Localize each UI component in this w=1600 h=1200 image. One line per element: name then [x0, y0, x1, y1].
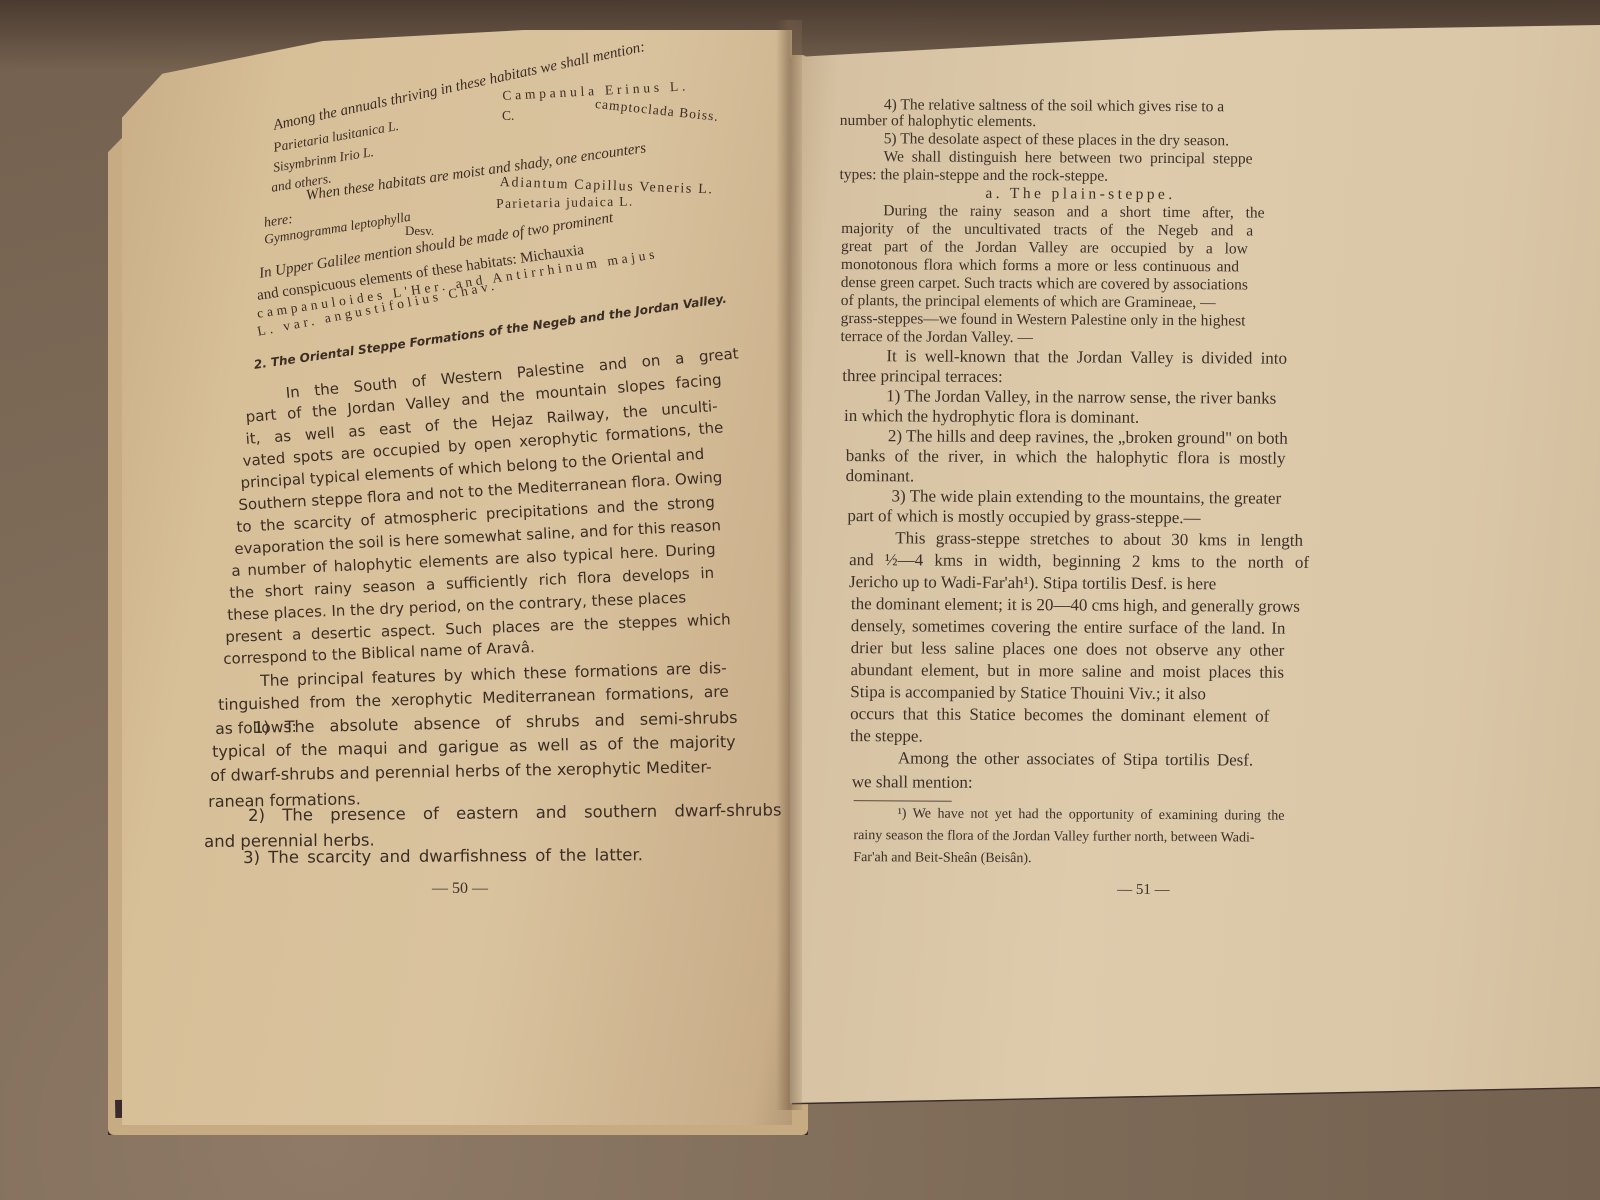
- list-item: 3) The wide plain extending to the mount…: [891, 486, 1281, 508]
- list-item: 3) The scarcity and dwarfishness of the …: [243, 845, 643, 867]
- footnote-line: rainy season the flora of the Jordan Val…: [853, 828, 1254, 846]
- list-item: 2) The hills and deep ravines, the „brok…: [888, 426, 1288, 448]
- subheading: a. The plain-steppe.: [985, 185, 1175, 204]
- text-line: We shall distinguish here between two pr…: [884, 148, 1253, 168]
- list-item: in which the hydrophytic flora is domina…: [844, 406, 1139, 428]
- list-item: banks of the river, in which the halophy…: [846, 446, 1286, 469]
- list-item: part of which is mostly occupied by gras…: [847, 506, 1200, 528]
- paragraph-line: Among the other associates of Stipa tort…: [898, 748, 1253, 770]
- paragraph-line: and ½—4 kms in width, beginning 2 kms to…: [849, 550, 1309, 573]
- paragraph-line: abundant element, but in more saline and…: [850, 660, 1284, 683]
- list-item: dominant.: [846, 466, 915, 486]
- text-line: types: the plain-steppe and the rock-ste…: [839, 166, 1108, 186]
- paragraph-line: occurs that this Statice becomes the dom…: [850, 704, 1269, 727]
- text-line: Parietaria judaica L.: [496, 194, 634, 212]
- paragraph-line: three principal terraces:: [842, 366, 1003, 387]
- paragraph-line: It is well-known that the Jordan Valley …: [886, 346, 1287, 368]
- paragraph-line: terrace of the Jordan Valley. —: [840, 328, 1032, 347]
- paragraph-line: densely, sometimes covering the entire s…: [851, 616, 1286, 639]
- book-gutter: [776, 20, 802, 1110]
- paragraph-line: This grass-steppe stretches to about 30 …: [895, 528, 1303, 550]
- paragraph-line: drier but less saline places one does no…: [851, 638, 1285, 661]
- paragraph-line: Jericho up to Wadi-Far'ah¹). Stipa torti…: [849, 572, 1216, 594]
- footnote-line: ¹) We have not yet had the opportunity o…: [898, 806, 1285, 824]
- page-number-right: — 51 —: [1117, 882, 1170, 899]
- text-line: C.: [502, 108, 514, 124]
- text-line: 5) The desolate aspect of these places i…: [884, 130, 1229, 150]
- footnote-line: Far'ah and Beit-Sheân (Beisân).: [853, 850, 1031, 867]
- text-line: number of halophytic elements.: [840, 112, 1036, 131]
- paragraph-line: During the rainy season and a short time…: [883, 202, 1264, 222]
- paragraph-line: Stipa is accompanied by Statice Thouini …: [850, 682, 1206, 704]
- paragraph-line: the steppe.: [850, 726, 923, 746]
- text-line: Desv.: [405, 223, 434, 239]
- page-number-left: — 50 —: [432, 880, 488, 898]
- paragraph-line: of plants, the principal elements of whi…: [841, 292, 1216, 312]
- paragraph-line: we shall mention:: [852, 772, 973, 793]
- paragraph-line: the dominant element; it is 20—40 cms hi…: [851, 594, 1300, 617]
- list-item: 1) The Jordan Valley, in the narrow sens…: [886, 386, 1276, 408]
